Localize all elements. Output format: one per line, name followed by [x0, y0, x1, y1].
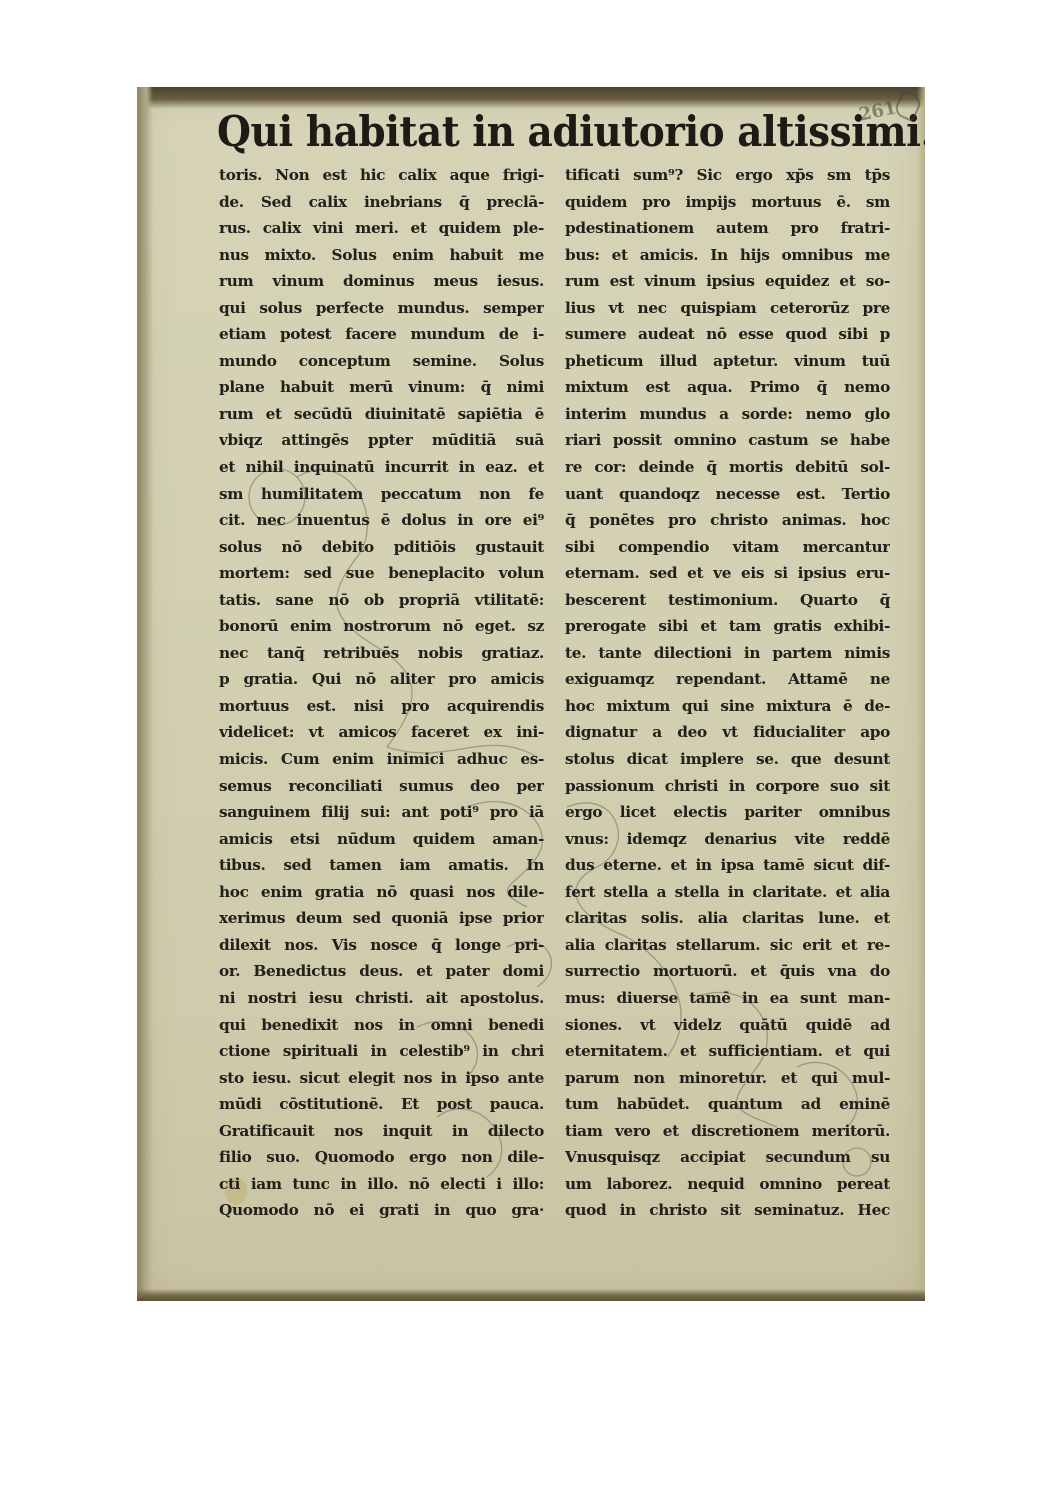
text-line: amicis etsi nūdum quidem aman- — [219, 826, 544, 853]
text-line: mūdi cōstitutionē. Et post pauca. — [219, 1091, 544, 1118]
text-line: ergo licet electis pariter omnibus — [565, 799, 890, 826]
text-line: mus: diuerse tamē in ea sunt man- — [565, 985, 890, 1012]
page-edge-right — [917, 87, 925, 1301]
text-line: lius vt nec quispiam ceterorūz pre — [565, 295, 890, 322]
text-line: mundo conceptum semine. Solus — [219, 348, 544, 375]
text-line: bescerent testimonium. Quarto q̄ — [565, 587, 890, 614]
text-line: sibi compendio vitam mercantur — [565, 534, 890, 561]
page-edge-bottom — [137, 1289, 925, 1301]
text-line: dus eterne. et in ipsa tamē sicut dif- — [565, 852, 890, 879]
text-line: prerogate sibi et tam gratis exhibi- — [565, 613, 890, 640]
text-line: rum est vinum ipsius equidez et so- — [565, 268, 890, 295]
text-line: dilexit nos. Vis nosce q̄ longe pri- — [219, 932, 544, 959]
text-line: nus mixto. Solus enim habuit me — [219, 242, 544, 269]
text-line: etiam potest facere mundum de i- — [219, 321, 544, 348]
text-column-left: toris. Non est hic calix aque frigi- de.… — [219, 162, 544, 1224]
text-line: pheticum illud aptetur. vinum tuū — [565, 348, 890, 375]
text-line: stolus dicat implere se. que desunt — [565, 746, 890, 773]
text-line: qui solus perfecte mundus. semper — [219, 295, 544, 322]
text-line: filio suo. Quomodo ergo non dile- — [219, 1144, 544, 1171]
text-line: vnus: idemqz denarius vite reddē — [565, 826, 890, 853]
text-line: pdestinationem autem pro fratri- — [565, 215, 890, 242]
text-line: ctione spirituali in celestib⁹ in chri — [219, 1038, 544, 1065]
text-line: Gratificauit nos inquit in dilecto — [219, 1118, 544, 1145]
text-line: bus: et amicis. In hijs omnibus me — [565, 242, 890, 269]
text-line: riari possit omnino castum se habe — [565, 427, 890, 454]
text-line: de. Sed calix inebrians q̄ preclā- — [219, 189, 544, 216]
text-line: p gratia. Qui nō aliter pro amicis — [219, 666, 544, 693]
text-line: uant quandoqz necesse est. Tertio — [565, 481, 890, 508]
text-line: vbiqz attingēs ppter mūditiā suā — [219, 427, 544, 454]
text-line: qui benedixit nos in omni benedi — [219, 1012, 544, 1039]
text-line: cti iam tunc in illo. nō electi i illo: — [219, 1171, 544, 1198]
text-line: dignatur a deo vt fiducialiter apo — [565, 719, 890, 746]
text-line: plane habuit merū vinum: q̄ nimi — [219, 374, 544, 401]
text-line: xerimus deum sed quoniā ipse prior — [219, 905, 544, 932]
text-line: sumere audeat nō esse quod sibi p — [565, 321, 890, 348]
text-line: Vnusquisqz accipiat secundum su — [565, 1144, 890, 1171]
text-line: sto iesu. sicut elegit nos in ipso ante — [219, 1065, 544, 1092]
text-line: te. tante dilectioni in partem nimis — [565, 640, 890, 667]
text-line: eternam. sed et ve eis si ipsius eru- — [565, 560, 890, 587]
text-line: claritas solis. alia claritas lune. et — [565, 905, 890, 932]
text-line: alia claritas stellarum. sic erit et re- — [565, 932, 890, 959]
text-line: micis. Cum enim inimici adhuc es- — [219, 746, 544, 773]
text-line: or. Benedictus deus. et pater domi — [219, 958, 544, 985]
page-edge-top — [137, 87, 925, 109]
text-line: tiam vero et discretionem meritorū. — [565, 1118, 890, 1145]
text-line: parum non minoretur. et qui mul- — [565, 1065, 890, 1092]
text-line: re cor: deinde q̄ mortis debitū sol- — [565, 454, 890, 481]
running-head: Qui habitat in adiutorio altissimi. — [217, 107, 857, 157]
text-line: quidem pro impijs mortuus ē. sm — [565, 189, 890, 216]
text-line: videlicet: vt amicos faceret ex ini- — [219, 719, 544, 746]
text-line: mortuus est. nisi pro acquirendis — [219, 693, 544, 720]
scanned-page: Qui habitat in adiutorio altissimi. 261 … — [137, 87, 925, 1301]
text-line: exiguamqz rependant. Attamē ne — [565, 666, 890, 693]
text-line: nec tanq̄ retribuēs nobis gratiaz. — [219, 640, 544, 667]
text-line: sm humilitatem peccatum non fe — [219, 481, 544, 508]
text-line: hoc mixtum qui sine mixtura ē de- — [565, 693, 890, 720]
text-line: rum et secūdū diuinitatē sapiētia ē — [219, 401, 544, 428]
text-line: bonorū enim nostrorum nō eget. sz — [219, 613, 544, 640]
text-line: semus reconciliati sumus deo per — [219, 773, 544, 800]
text-line: sanguinem filij sui: ant poti⁹ pro iā — [219, 799, 544, 826]
text-line: um laborez. nequid omnino pereat — [565, 1171, 890, 1198]
text-line: tatis. sane nō ob propriā vtilitatē: — [219, 587, 544, 614]
text-line: eternitatem. et sufficientiam. et qui — [565, 1038, 890, 1065]
text-line: siones. vt videlz quātū quidē ad — [565, 1012, 890, 1039]
text-line: q̄ ponētes pro christo animas. hoc — [565, 507, 890, 534]
text-line: toris. Non est hic calix aque frigi- — [219, 162, 544, 189]
text-line: tum habūdet. quantum ad eminē — [565, 1091, 890, 1118]
text-line: hoc enim gratia nō quasi nos dile- — [219, 879, 544, 906]
text-line: Quomodo nō ei grati in quo gra· — [219, 1197, 544, 1224]
text-line: mortem: sed sue beneplacito volun — [219, 560, 544, 587]
text-line: quod in christo sit seminatuz. Hec — [565, 1197, 890, 1224]
text-line: solus nō debito pditiōis gustauit — [219, 534, 544, 561]
text-line: et nihil inquinatū incurrit in eaz. et — [219, 454, 544, 481]
text-line: tificati sum⁹? Sic ergo xp̄s sm tp̄s — [565, 162, 890, 189]
text-line: tibus. sed tamen iam amatis. In — [219, 852, 544, 879]
text-line: mixtum est aqua. Primo q̄ nemo — [565, 374, 890, 401]
text-line: interim mundus a sorde: nemo glo — [565, 401, 890, 428]
text-line: rus. calix vini meri. et quidem ple- — [219, 215, 544, 242]
text-line: passionum christi in corpore suo sit — [565, 773, 890, 800]
text-line: cit. nec inuentus ē dolus in ore ei⁹ — [219, 507, 544, 534]
text-line: rum vinum dominus meus iesus. — [219, 268, 544, 295]
text-line: surrectio mortuorū. et q̄uis vna do — [565, 958, 890, 985]
text-line: ni nostri iesu christi. ait apostolus. — [219, 985, 544, 1012]
text-line: fert stella a stella in claritate. et al… — [565, 879, 890, 906]
text-column-right: tificati sum⁹? Sic ergo xp̄s sm tp̄s qui… — [565, 162, 890, 1224]
page-edge-left — [137, 87, 153, 1301]
